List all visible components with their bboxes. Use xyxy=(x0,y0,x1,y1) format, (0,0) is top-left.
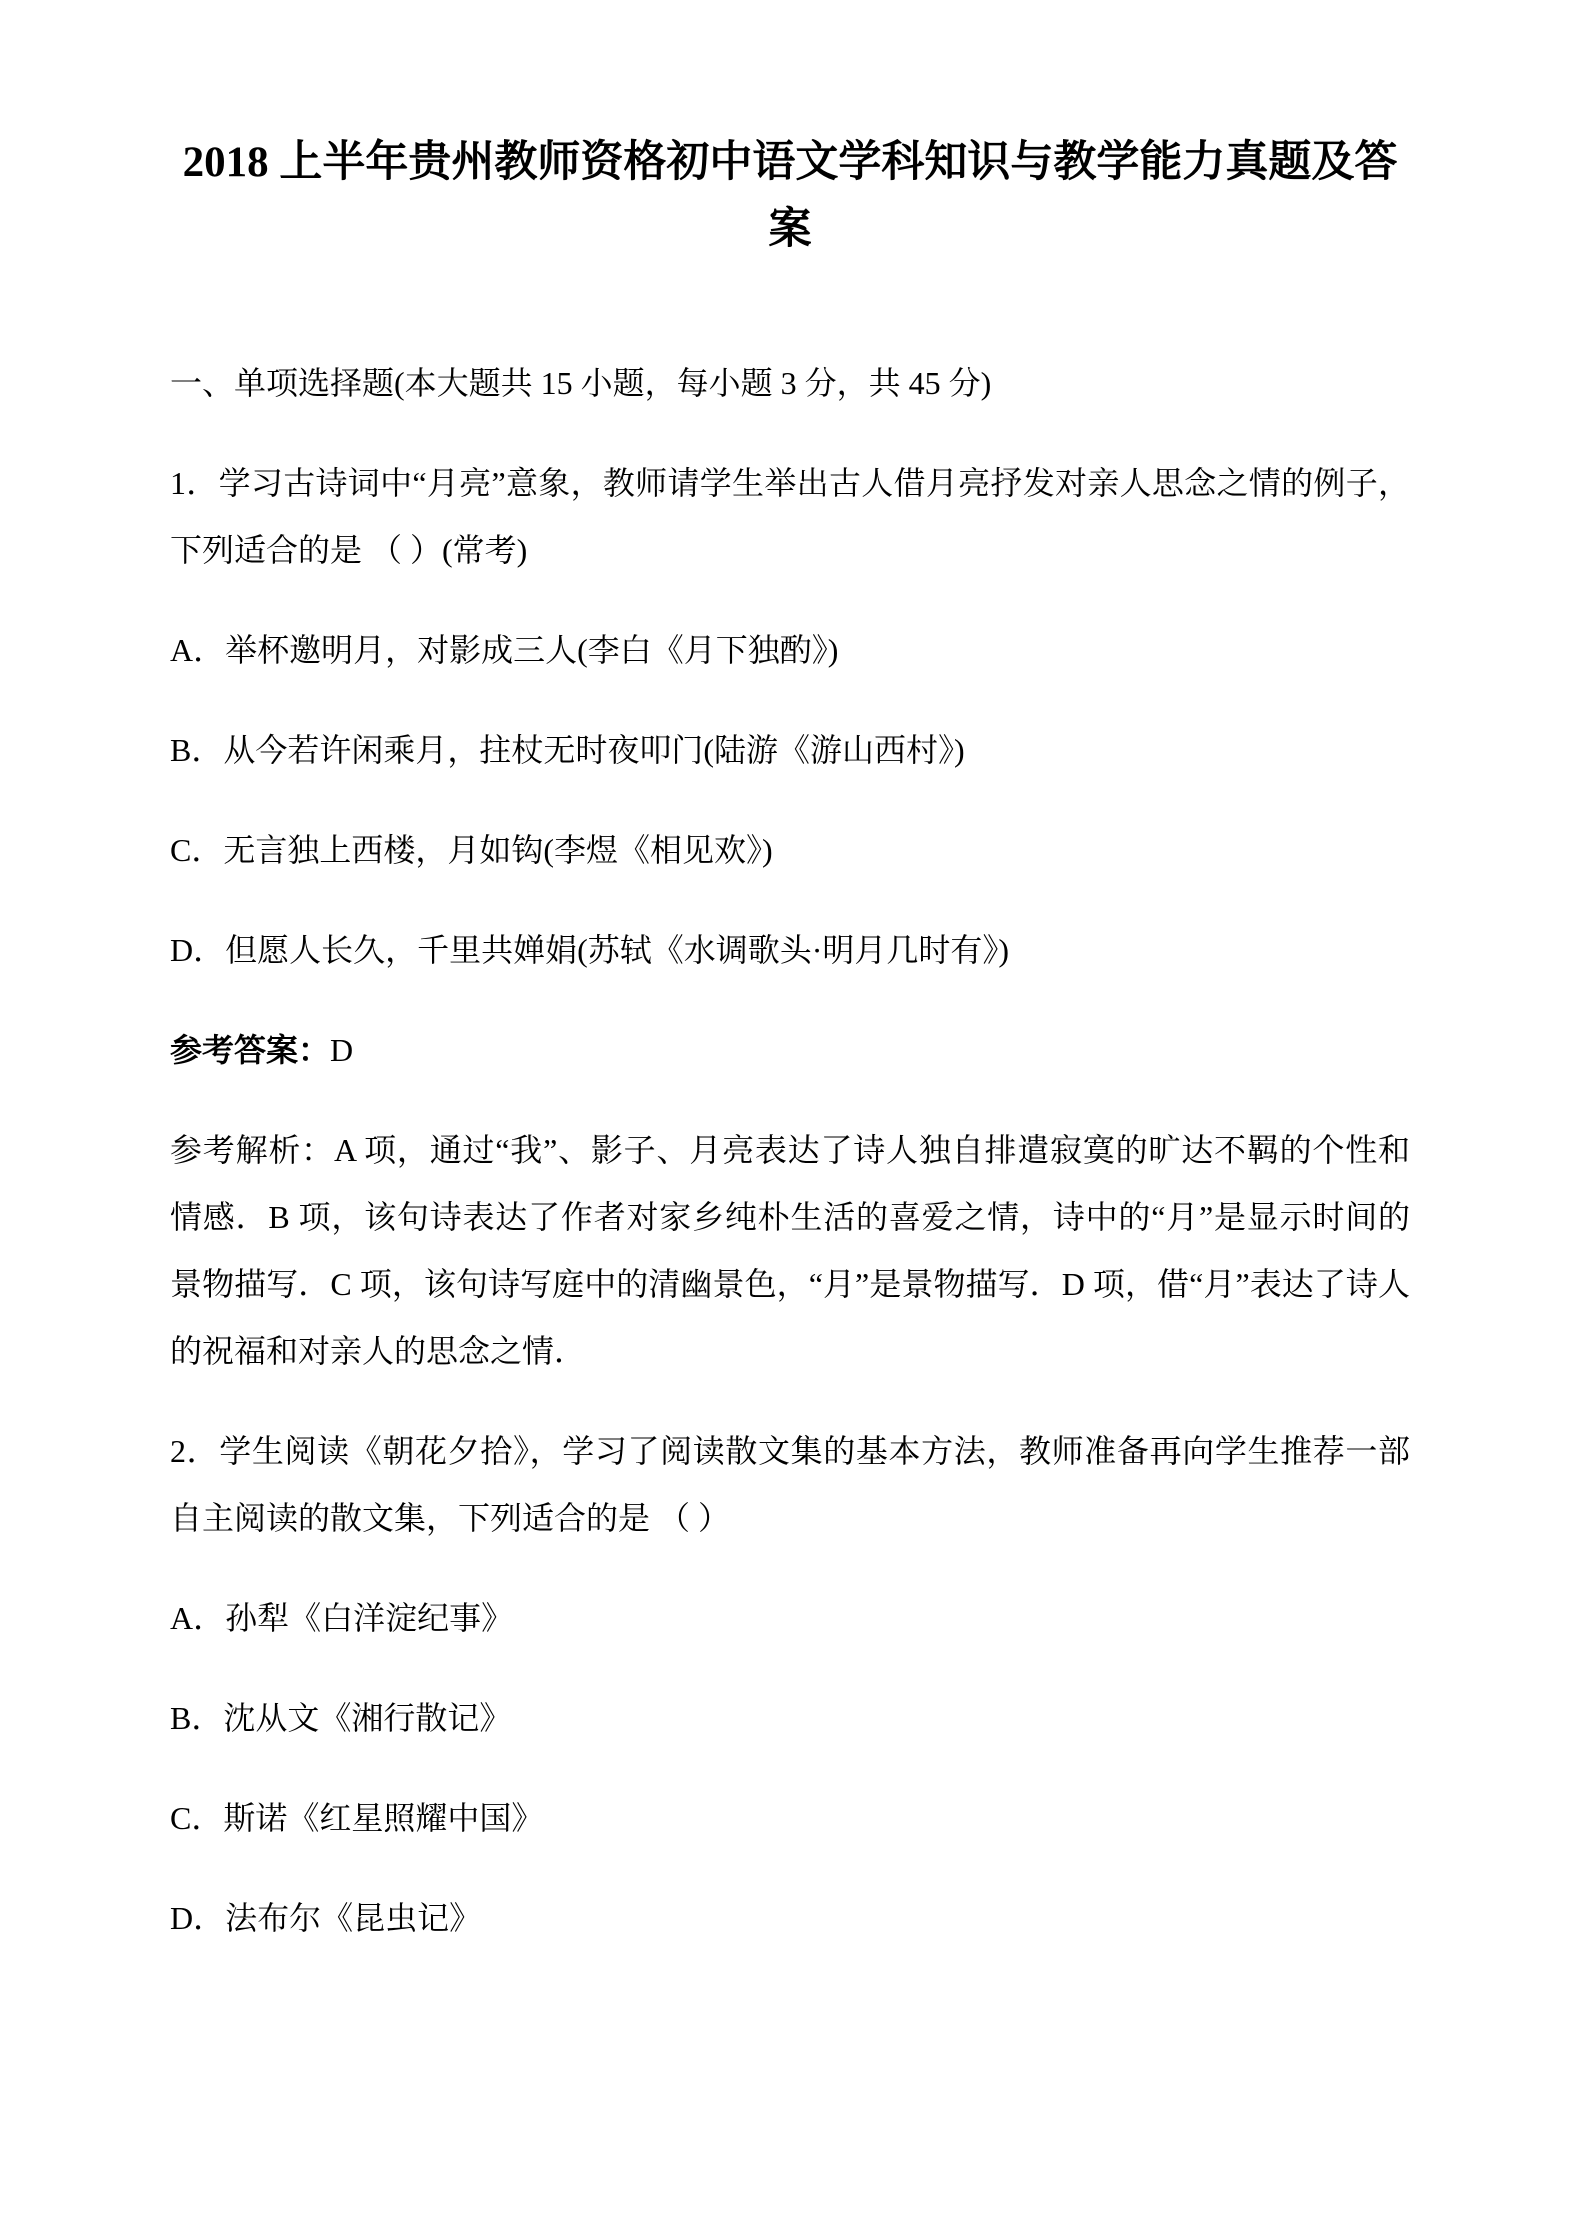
document-title: 2018 上半年贵州教师资格初中语文学科知识与教学能力真题及答案 xyxy=(170,130,1410,263)
question-1-option-c: C．无言独上西楼，月如钩(李煜《相见欢》) xyxy=(170,817,1410,884)
document-page: 2018 上半年贵州教师资格初中语文学科知识与教学能力真题及答案 一、单项选择题… xyxy=(0,0,1580,2236)
answer-value: D xyxy=(330,1032,353,1068)
question-2: 2．学生阅读《朝花夕拾》，学习了阅读散文集的基本方法，教师准备再向学生推荐一部自… xyxy=(170,1418,1410,1952)
question-1-option-d: D．但愿人长久，千里共婵娟(苏轼《水调歌头·明月几时有》) xyxy=(170,917,1410,984)
question-1-option-b: B．从今若许闲乘月，拄杖无时夜叩门(陆游《游山西村》) xyxy=(170,717,1410,784)
question-1-option-a: A．举杯邀明月，对影成三人(李白《月下独酌》) xyxy=(170,617,1410,684)
question-1-stem: 1．学习古诗词中“月亮”意象，教师请学生举出古人借月亮抒发对亲人思念之情的例子，… xyxy=(170,450,1410,584)
question-2-stem: 2．学生阅读《朝花夕拾》，学习了阅读散文集的基本方法，教师准备再向学生推荐一部自… xyxy=(170,1418,1410,1552)
question-2-option-b: B．沈从文《湘行散记》 xyxy=(170,1685,1410,1752)
section-header: 一、单项选择题(本大题共 15 小题，每小题 3 分，共 45 分) xyxy=(170,350,1410,417)
question-1-answer-line: 参考答案：D xyxy=(170,1017,1410,1084)
question-2-option-c: C．斯诺《红星照耀中国》 xyxy=(170,1785,1410,1852)
answer-label: 参考答案： xyxy=(170,1032,330,1068)
question-1: 1．学习古诗词中“月亮”意象，教师请学生举出古人借月亮抒发对亲人思念之情的例子，… xyxy=(170,450,1410,1385)
question-1-analysis: 参考解析：A 项，通过“我”、影子、月亮表达了诗人独自排遣寂寞的旷达不羁的个性和… xyxy=(170,1117,1410,1385)
question-2-option-d: D．法布尔《昆虫记》 xyxy=(170,1885,1410,1952)
question-2-option-a: A．孙犁《白洋淀纪事》 xyxy=(170,1585,1410,1652)
